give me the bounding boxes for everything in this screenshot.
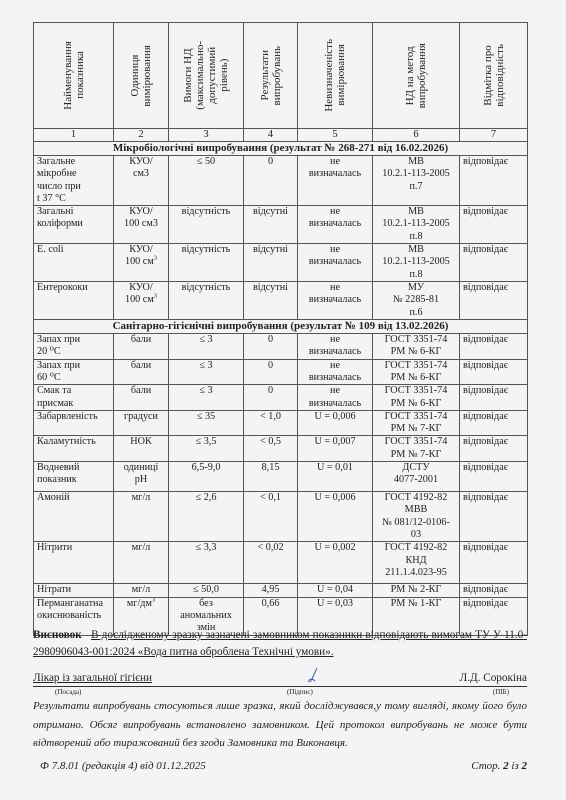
requirement-cell: ≤ 3,5 [169, 436, 244, 462]
header-uncertainty: Невизначеність вимірювання [298, 23, 373, 129]
table-row: E. coliКУО/ 100 см3відсутністьвідсутніне… [34, 244, 528, 282]
section-header-row: Мікробіологічні випробування (результат … [34, 142, 528, 156]
conformity-cell: відповідає [460, 584, 528, 597]
table-row: Нітритимг/л≤ 3,3< 0,02U = 0,002ГОСТ 4192… [34, 542, 528, 584]
conformity-cell: відповідає [460, 542, 528, 584]
table-row: Забарвленістьградуси≤ 35< 1,0U = 0,006ГО… [34, 410, 528, 436]
result-cell: 0 [244, 359, 298, 385]
uncertainty-cell: не визначалась [298, 244, 373, 282]
header-text: Невизначеність вимірювання [323, 39, 347, 112]
uncertainty-cell: не визначалась [298, 206, 373, 244]
signature-line [33, 686, 527, 687]
unit-cell: мг/л [114, 492, 169, 542]
section-header-row: Санітарно-гігієнічні випробування (резул… [34, 320, 528, 334]
indicator-name-cell: Водневий показник [34, 462, 114, 492]
header-text: Відмітка про відповідність [482, 44, 506, 107]
header-text: Одиниця вимірювання [129, 45, 153, 107]
column-number: 2 [114, 129, 169, 142]
table-header-row: Найменування показника Одиниця вимірюван… [34, 23, 528, 129]
indicator-name-cell: Забарвленість [34, 410, 114, 436]
unit-cell: градуси [114, 410, 169, 436]
header-text: НД на метод випробування [404, 43, 428, 108]
header-conformity: Відмітка про відповідність [460, 23, 528, 129]
uncertainty-cell: не визначалась [298, 156, 373, 206]
method-cell: ГОСТ 3351-74 РМ № 6-КГ [373, 359, 460, 385]
result-cell: < 1,0 [244, 410, 298, 436]
header-text: Вимоги НД (максимально- допустимий рівен… [182, 41, 230, 110]
unit-text: КУО/ см3 [129, 156, 152, 179]
method-cell: РМ № 2-КГ [373, 584, 460, 597]
result-cell: < 0,5 [244, 436, 298, 462]
unit-cell: мг/л [114, 542, 169, 584]
page-prefix: Стор. [471, 760, 503, 772]
conformity-cell: відповідає [460, 359, 528, 385]
unit-text: мг/дм [127, 598, 152, 609]
conformity-cell: відповідає [460, 334, 528, 360]
unit-cell: одиниці pH [114, 462, 169, 492]
page-total: 2 [522, 760, 528, 772]
unit-text: КУО/ 100 см3 [124, 206, 158, 229]
result-cell: 0 [244, 334, 298, 360]
signer-position: Лікар із загальної гігієни [33, 672, 152, 684]
table-row: Загальне мікробне число при t 37 °СКУО/ … [34, 156, 528, 206]
table-row: Смак та присмакбали≤ 30не визначаласьГОС… [34, 385, 528, 411]
indicator-name-cell: Нітрати [34, 584, 114, 597]
column-number: 6 [373, 129, 460, 142]
indicator-name-cell: Смак та присмак [34, 385, 114, 411]
unit-text: мг/л [132, 492, 151, 503]
signature-mark-icon [303, 666, 325, 686]
unit-cell: бали [114, 359, 169, 385]
conformity-cell: відповідає [460, 156, 528, 206]
header-text: Найменування показника [62, 41, 86, 110]
column-numbers-row: 1 2 3 4 5 6 7 [34, 129, 528, 142]
method-cell: ГОСТ 3351-74 РМ № 6-КГ [373, 385, 460, 411]
table-row: Амоніймг/л≤ 2,6< 0,1U = 0,006ГОСТ 4192-8… [34, 492, 528, 542]
method-cell: МВ 10.2.1-113-2005 п.8 [373, 244, 460, 282]
unit-text: КУО/ 100 см [125, 282, 154, 305]
result-cell: < 0,1 [244, 492, 298, 542]
unit-text: одиниці pH [124, 462, 159, 485]
signer-name: Л.Д. Сорокіна [460, 672, 527, 684]
method-cell: МВ 10.2.1-113-2005 п.7 [373, 156, 460, 206]
table-row: Загальні коліформиКУО/ 100 см3відсутніст… [34, 206, 528, 244]
method-cell: МУ № 2285-81 п.6 [373, 282, 460, 320]
column-number: 5 [298, 129, 373, 142]
uncertainty-cell: U = 0,01 [298, 462, 373, 492]
unit-cell: мг/л [114, 584, 169, 597]
conformity-cell: відповідає [460, 244, 528, 282]
uncertainty-cell: U = 0,04 [298, 584, 373, 597]
method-cell: МВ 10.2.1-113-2005 п.8 [373, 206, 460, 244]
result-cell: відсутні [244, 244, 298, 282]
section-title: Мікробіологічні випробування (результат … [34, 142, 528, 156]
requirement-cell: відсутність [169, 282, 244, 320]
method-cell: ГОСТ 4192-82 КНД 211.1.4.023-95 [373, 542, 460, 584]
signature-block: Лікар із загальної гігієни Л.Д. Сорокіна… [33, 672, 527, 700]
page-sep: із [509, 760, 522, 772]
conformity-cell: відповідає [460, 462, 528, 492]
conclusion-label: Висновок [33, 629, 82, 641]
form-reference: Ф 7.8.01 (редакція 4) від 01.12.2025 [40, 760, 206, 772]
uncertainty-cell: U = 0,002 [298, 542, 373, 584]
results-table: Найменування показника Одиниця вимірюван… [33, 22, 528, 636]
requirement-cell: відсутність [169, 206, 244, 244]
uncertainty-cell: не визначалась [298, 282, 373, 320]
table-row: Запах при 20 ⁰Сбали≤ 30не визначаласьГОС… [34, 334, 528, 360]
conformity-cell: відповідає [460, 492, 528, 542]
uncertainty-cell: U = 0,007 [298, 436, 373, 462]
conclusion-text: В дослідженому зразку зазначені замовник… [33, 629, 527, 658]
footer: Ф 7.8.01 (редакція 4) від 01.12.2025 Сто… [40, 760, 527, 772]
unit-text: КУО/ 100 см [125, 244, 154, 267]
indicator-name-cell: Загальні коліформи [34, 206, 114, 244]
column-number: 3 [169, 129, 244, 142]
method-cell: ГОСТ 4192-82 МВВ № 081/12-0106- 03 [373, 492, 460, 542]
uncertainty-cell: U = 0,006 [298, 410, 373, 436]
unit-cell: бали [114, 334, 169, 360]
uncertainty-cell: не визначалась [298, 385, 373, 411]
indicator-name-cell: Загальне мікробне число при t 37 °С [34, 156, 114, 206]
header-indicator-name: Найменування показника [34, 23, 114, 129]
result-cell: 4,95 [244, 584, 298, 597]
indicator-name-cell: Ентерококи [34, 282, 114, 320]
conformity-cell: відповідає [460, 282, 528, 320]
column-number: 7 [460, 129, 528, 142]
page-number: Стор. 2 із 2 [471, 760, 527, 772]
requirement-cell: ≤ 50 [169, 156, 244, 206]
header-result: Результати випробувань [244, 23, 298, 129]
indicator-name-cell: E. coli [34, 244, 114, 282]
uncertainty-cell: U = 0,006 [298, 492, 373, 542]
requirement-cell: ≤ 2,6 [169, 492, 244, 542]
result-cell: 8,15 [244, 462, 298, 492]
requirement-cell: ≤ 3 [169, 334, 244, 360]
unit-superscript: 3 [154, 255, 157, 262]
requirement-cell: 6,5-9,0 [169, 462, 244, 492]
result-cell: 0 [244, 156, 298, 206]
header-text: Результати випробувань [259, 46, 283, 105]
table-row: КаламутністьНОК≤ 3,5< 0,5U = 0,007ГОСТ 3… [34, 436, 528, 462]
method-cell: ГОСТ 3351-74 РМ № 7-КГ [373, 410, 460, 436]
requirement-cell: ≤ 3 [169, 359, 244, 385]
conformity-cell: відповідає [460, 410, 528, 436]
unit-cell: НОК [114, 436, 169, 462]
method-cell: ГОСТ 3351-74 РМ № 7-КГ [373, 436, 460, 462]
column-number: 1 [34, 129, 114, 142]
requirement-cell: ≤ 3,3 [169, 542, 244, 584]
result-cell: 0 [244, 385, 298, 411]
unit-superscript: 3 [154, 293, 157, 300]
unit-text: градуси [124, 411, 158, 422]
protocol-page: Найменування показника Одиниця вимірюван… [0, 0, 566, 800]
conformity-cell: відповідає [460, 206, 528, 244]
uncertainty-cell: не визначалась [298, 359, 373, 385]
conclusion: Висновок В дослідженому зразку зазначені… [33, 627, 527, 661]
conformity-cell: відповідає [460, 436, 528, 462]
method-cell: ГОСТ 3351-74 РМ № 6-КГ [373, 334, 460, 360]
unit-text: НОК [130, 436, 152, 447]
unit-text: бали [131, 360, 151, 371]
unit-superscript: 3 [152, 597, 155, 603]
requirement-cell: ≤ 3 [169, 385, 244, 411]
indicator-name-cell: Нітрити [34, 542, 114, 584]
requirement-cell: ≤ 35 [169, 410, 244, 436]
uncertainty-cell: не визначалась [298, 334, 373, 360]
table-row: Нітратимг/л≤ 50,04,95U = 0,04РМ № 2-КГві… [34, 584, 528, 597]
conformity-cell: відповідає [460, 385, 528, 411]
unit-cell: КУО/ 100 см3 [114, 282, 169, 320]
column-number: 4 [244, 129, 298, 142]
section-title: Санітарно-гігієнічні випробування (резул… [34, 320, 528, 334]
requirement-cell: відсутність [169, 244, 244, 282]
unit-cell: бали [114, 385, 169, 411]
result-cell: відсутні [244, 282, 298, 320]
indicator-name-cell: Запах при 20 ⁰С [34, 334, 114, 360]
indicator-name-cell: Каламутність [34, 436, 114, 462]
unit-text: мг/л [132, 584, 151, 595]
method-cell: ДСТУ 4077-2001 [373, 462, 460, 492]
requirement-cell: ≤ 50,0 [169, 584, 244, 597]
header-method: НД на метод випробування [373, 23, 460, 129]
table-row: Водневий показникодиниці pH6,5-9,08,15U … [34, 462, 528, 492]
header-unit: Одиниця вимірювання [114, 23, 169, 129]
caption-name: (ПІБ) [493, 688, 509, 696]
results-body: Мікробіологічні випробування (результат … [34, 142, 528, 636]
unit-text: бали [131, 385, 151, 396]
table-row: Запах при 60 ⁰Сбали≤ 30не визначаласьГОС… [34, 359, 528, 385]
table-row: ЕнтерококиКУО/ 100 см3відсутністьвідсутн… [34, 282, 528, 320]
caption-position: (Посада) [55, 688, 81, 696]
header-requirement: Вимоги НД (максимально- допустимий рівен… [169, 23, 244, 129]
unit-text: бали [131, 334, 151, 345]
indicator-name-cell: Амоній [34, 492, 114, 542]
result-cell: < 0,02 [244, 542, 298, 584]
unit-cell: КУО/ 100 см3 [114, 206, 169, 244]
indicator-name-cell: Запах при 60 ⁰С [34, 359, 114, 385]
unit-cell: КУО/ 100 см3 [114, 244, 169, 282]
caption-signature: (Підпис) [287, 688, 313, 696]
result-cell: відсутні [244, 206, 298, 244]
unit-cell: КУО/ см3 [114, 156, 169, 206]
disclaimer: Результати випробувань стосуються лише з… [33, 697, 527, 753]
unit-text: мг/л [132, 542, 151, 553]
